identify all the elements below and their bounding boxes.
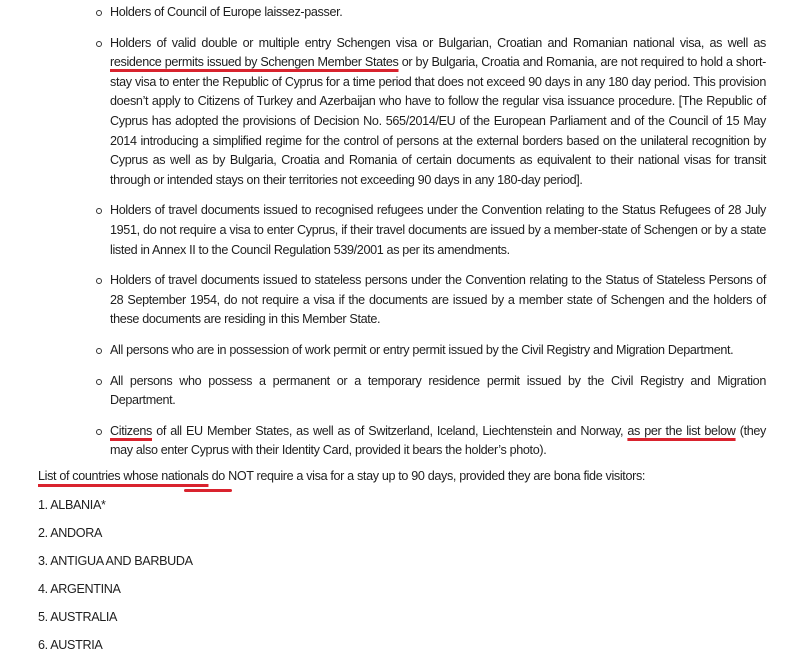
text-segment: Holders of travel documents issued to st…	[110, 273, 766, 326]
country-list-heading: List of countries whose nationals do NOT…	[38, 467, 645, 485]
country-item: 1. ALBANIA*	[38, 496, 193, 524]
hollow-circle-bullet-icon	[96, 429, 102, 435]
country-item: 6. AUSTRIA	[38, 636, 193, 662]
bullet-text: Citizens of all EU Member States, as wel…	[110, 424, 766, 458]
bullet-text: Holders of travel documents issued to re…	[110, 203, 766, 256]
bullet-item: Holders of travel documents issued to re…	[110, 201, 766, 260]
bullet-text: All persons who are in possession of wor…	[110, 343, 733, 357]
bullet-item: All persons who are in possession of wor…	[110, 341, 766, 361]
text-segment: Holders of valid double or multiple entr…	[110, 36, 766, 50]
exemption-bullet-list: Holders of Council of Europe laissez-pas…	[110, 0, 766, 472]
text-segment: of all EU Member States, as well as of S…	[152, 424, 627, 438]
bullet-item: Holders of valid double or multiple entr…	[110, 34, 766, 191]
bullet-item: Citizens of all EU Member States, as wel…	[110, 422, 766, 461]
bullet-item: Holders of Council of Europe laissez-pas…	[110, 3, 766, 23]
country-item: 3. ANTIGUA AND BARBUDA	[38, 552, 193, 580]
red-underline-annotation: List of countries whose nationals	[38, 469, 208, 483]
bullet-text: Holders of travel documents issued to st…	[110, 273, 766, 326]
text-segment: or by Bulgaria, Croatia and Romania, are…	[110, 55, 766, 187]
hollow-circle-bullet-icon	[96, 10, 102, 16]
heading-rest-text: do NOT require a visa for a stay up to 9…	[208, 469, 645, 483]
text-segment: Holders of Council of Europe laissez-pas…	[110, 5, 342, 19]
country-item: 4. ARGENTINA	[38, 580, 193, 608]
red-underline-annotation: Citizens	[110, 424, 152, 438]
country-item: 2. ANDORA	[38, 524, 193, 552]
bullet-text: Holders of valid double or multiple entr…	[110, 36, 766, 187]
hollow-circle-bullet-icon	[96, 348, 102, 354]
hollow-circle-bullet-icon	[96, 208, 102, 214]
visa-free-country-list: 1. ALBANIA* 2. ANDORA 3. ANTIGUA AND BAR…	[38, 496, 193, 662]
red-emphasis-stroke	[184, 489, 232, 492]
bullet-text: All persons who possess a permanent or a…	[110, 374, 766, 408]
text-segment: All persons who are in possession of wor…	[110, 343, 733, 357]
text-segment: Holders of travel documents issued to re…	[110, 203, 766, 256]
country-list-heading-block: List of countries whose nationals do NOT…	[38, 467, 645, 485]
hollow-circle-bullet-icon	[96, 379, 102, 385]
bullet-item: Holders of travel documents issued to st…	[110, 271, 766, 330]
country-item: 5. AUSTRALIA	[38, 608, 193, 636]
hollow-circle-bullet-icon	[96, 41, 102, 47]
hollow-circle-bullet-icon	[96, 278, 102, 284]
text-segment: All persons who possess a permanent or a…	[110, 374, 766, 408]
red-underline-annotation: residence permits issued by Schengen Mem…	[110, 55, 399, 69]
bullet-text: Holders of Council of Europe laissez-pas…	[110, 5, 342, 19]
red-underline-annotation: as per the list below	[627, 424, 735, 438]
bullet-item: All persons who possess a permanent or a…	[110, 372, 766, 411]
